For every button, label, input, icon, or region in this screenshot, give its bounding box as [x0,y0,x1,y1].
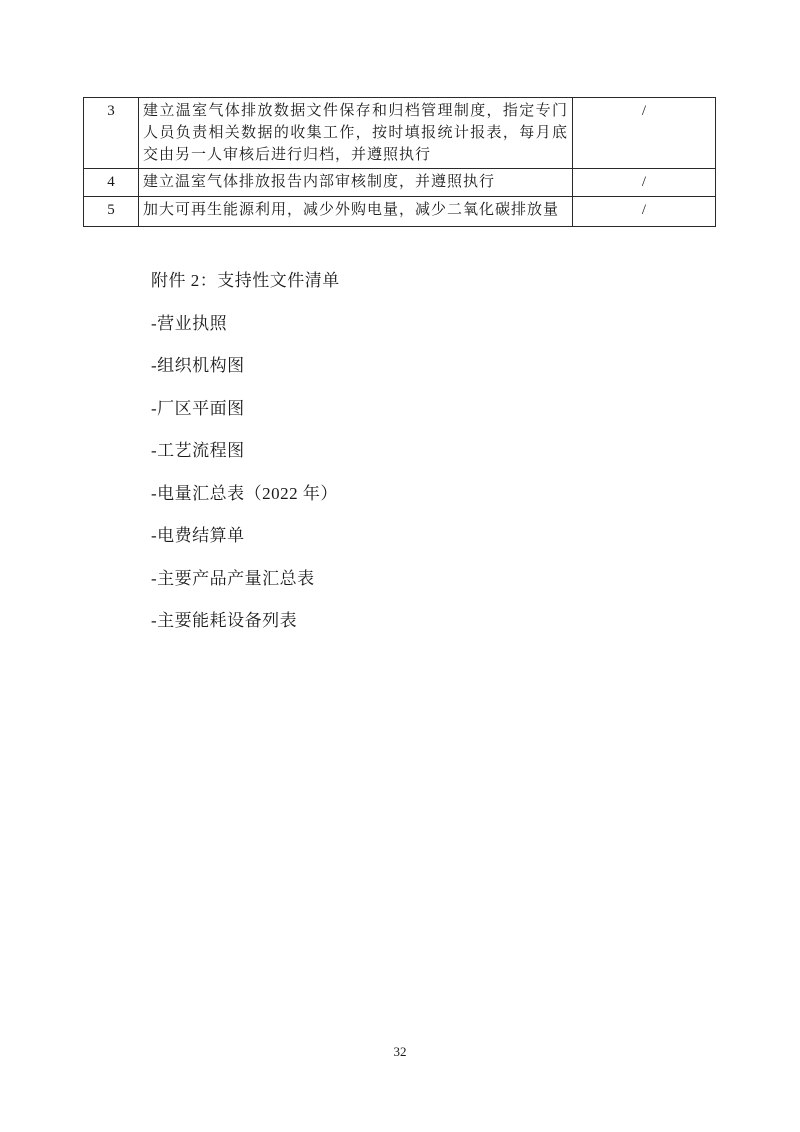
compliance-measures-table: 3 建立温室气体排放数据文件保存和归档管理制度，指定专门人员负责相关数据的收集工… [83,97,716,227]
status-cell: / [573,197,716,227]
attachment-list-item: -工艺流程图 [151,442,340,460]
row-number-cell: 5 [84,197,139,227]
status-cell: / [573,98,716,169]
row-number-cell: 4 [84,169,139,197]
attachment-list-item: -电费结算单 [151,527,340,545]
attachment-list-item: -主要产品产量汇总表 [151,570,340,588]
measure-text-cell: 建立温室气体排放报告内部审核制度，并遵照执行 [139,169,573,197]
table-row: 4 建立温室气体排放报告内部审核制度，并遵照执行 / [84,169,716,197]
document-page: 3 建立温室气体排放数据文件保存和归档管理制度，指定专门人员负责相关数据的收集工… [0,0,800,1132]
attachment-list-item: -主要能耗设备列表 [151,612,340,630]
attachment-list-item: -组织机构图 [151,357,340,375]
attachment-heading: 附件 2：支持性文件清单 [151,272,340,290]
row-number-cell: 3 [84,98,139,169]
attachment-list-item: -营业执照 [151,315,340,333]
status-cell: / [573,169,716,197]
table-row: 5 加大可再生能源利用，减少外购电量，减少二氧化碳排放量 / [84,197,716,227]
attachment-list-item: -电量汇总表（2022 年） [151,485,340,503]
table-row: 3 建立温室气体排放数据文件保存和归档管理制度，指定专门人员负责相关数据的收集工… [84,98,716,169]
page-number: 32 [0,1044,800,1060]
measure-text-cell: 加大可再生能源利用，减少外购电量，减少二氧化碳排放量 [139,197,573,227]
attachment-list-item: -厂区平面图 [151,400,340,418]
measure-text-cell: 建立温室气体排放数据文件保存和归档管理制度，指定专门人员负责相关数据的收集工作，… [139,98,573,169]
attachment-section: 附件 2：支持性文件清单 -营业执照 -组织机构图 -厂区平面图 -工艺流程图 … [151,272,340,630]
